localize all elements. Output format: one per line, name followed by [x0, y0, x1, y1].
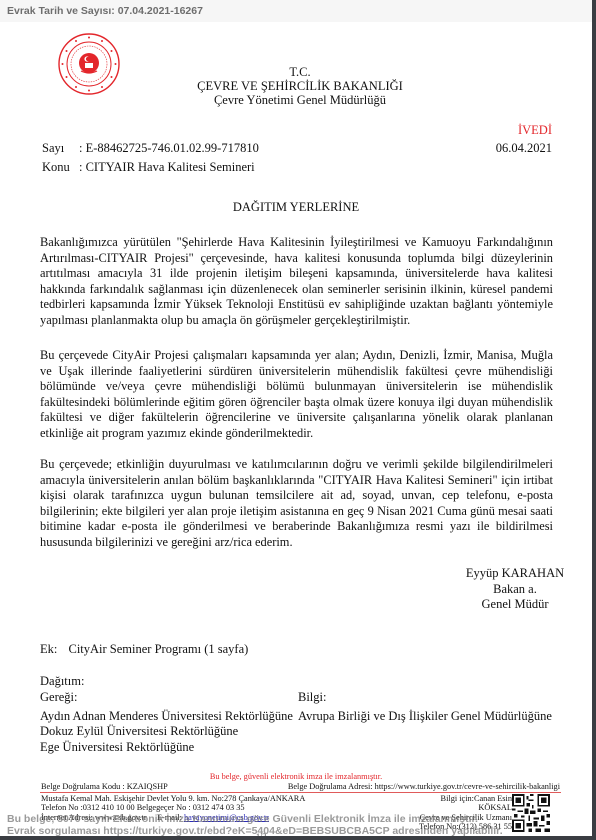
- signer-name: Eyyüp KARAHAN: [440, 566, 590, 582]
- body-paragraph-3: Bu çerçevede; etkinliğin duyurulması ve …: [40, 457, 553, 551]
- document-date: 06.04.2021: [496, 141, 552, 156]
- body-paragraph-1: Bakanlığımızca yürütülen "Şehirlerde Hav…: [40, 235, 553, 329]
- body-paragraph-2: Bu çerçevede CityAir Projesi çalışmaları…: [40, 348, 553, 442]
- list-item: Dokuz Eylül Üniversitesi Rektörlüğüne: [40, 724, 293, 739]
- header-tc: T.C.: [150, 65, 450, 79]
- secure-sign-notice: Bu belge, güvenli elektronik imza ile im…: [0, 772, 592, 781]
- signature-block: Eyyüp KARAHAN Bakan a. Genel Müdür: [440, 566, 590, 613]
- konu-label: Konu: [42, 160, 70, 175]
- list-item: Avrupa Birliği ve Dış İlişkiler Genel Mü…: [298, 709, 552, 724]
- signer-title: Genel Müdür: [440, 597, 590, 613]
- postal-address: Mustafa Kemal Mah. Eskişehir Devlet Yolu…: [41, 794, 305, 803]
- bilgi-label: Bilgi:: [298, 690, 326, 705]
- contact-line-1: Bilgi için:Canan Esin: [419, 794, 512, 803]
- contact-line-2: KÖKSAL: [419, 803, 512, 812]
- document-date-number: Evrak Tarih ve Sayısı: 07.04.2021-16267: [7, 5, 203, 17]
- footer-divider: [40, 792, 561, 793]
- attachment-value: CityAir Seminer Programı (1 sayfa): [68, 642, 248, 656]
- bilgi-list: Avrupa Birliği ve Dış İlişkiler Genel Mü…: [298, 709, 552, 724]
- viewer-right-edge: [592, 0, 596, 840]
- qr-code-icon: [512, 794, 550, 832]
- sayi-value: : E-88462725-746.01.02.99-717810: [79, 141, 259, 156]
- attachment-line: Ek: CityAir Seminer Programı (1 sayfa): [40, 642, 248, 657]
- e-signature-watermark: Bu belge, 5070 sayılı Elektronik İmza Ka…: [7, 813, 478, 825]
- gereg-label: Gereği:: [40, 690, 77, 705]
- signer-delegation: Bakan a.: [440, 582, 590, 598]
- header-directorate: Çevre Yönetimi Genel Müdürlüğü: [150, 93, 450, 107]
- ministry-seal-icon: [57, 32, 121, 96]
- list-item: Ege Üniversitesi Rektörlüğüne: [40, 740, 293, 755]
- phone-fax: Telefon No :0312 410 10 00 Belgegeçer No…: [41, 803, 305, 812]
- konu-value: : CITYAIR Hava Kalitesi Semineri: [79, 160, 255, 175]
- priority-badge: İVEDİ: [518, 123, 552, 138]
- addressee-title: DAĞITIM YERLERİNE: [0, 200, 592, 215]
- verification-code: Belge Doğrulama Kodu : KZAIQSHP: [41, 782, 168, 791]
- verification-address[interactable]: Belge Doğrulama Adresi: https://www.turk…: [288, 782, 560, 791]
- viewer-bottom-edge: [0, 836, 596, 840]
- distribution-label: Dağıtım:: [40, 674, 84, 689]
- list-item: Aydın Adnan Menderes Üniversitesi Rektör…: [40, 709, 293, 724]
- header-ministry: ÇEVRE VE ŞEHİRCİLİK BAKANLIĞI: [150, 79, 450, 93]
- gereg-list: Aydın Adnan Menderes Üniversitesi Rektör…: [40, 709, 293, 755]
- sayi-label: Sayı: [42, 141, 64, 156]
- attachment-label: Ek:: [40, 642, 57, 656]
